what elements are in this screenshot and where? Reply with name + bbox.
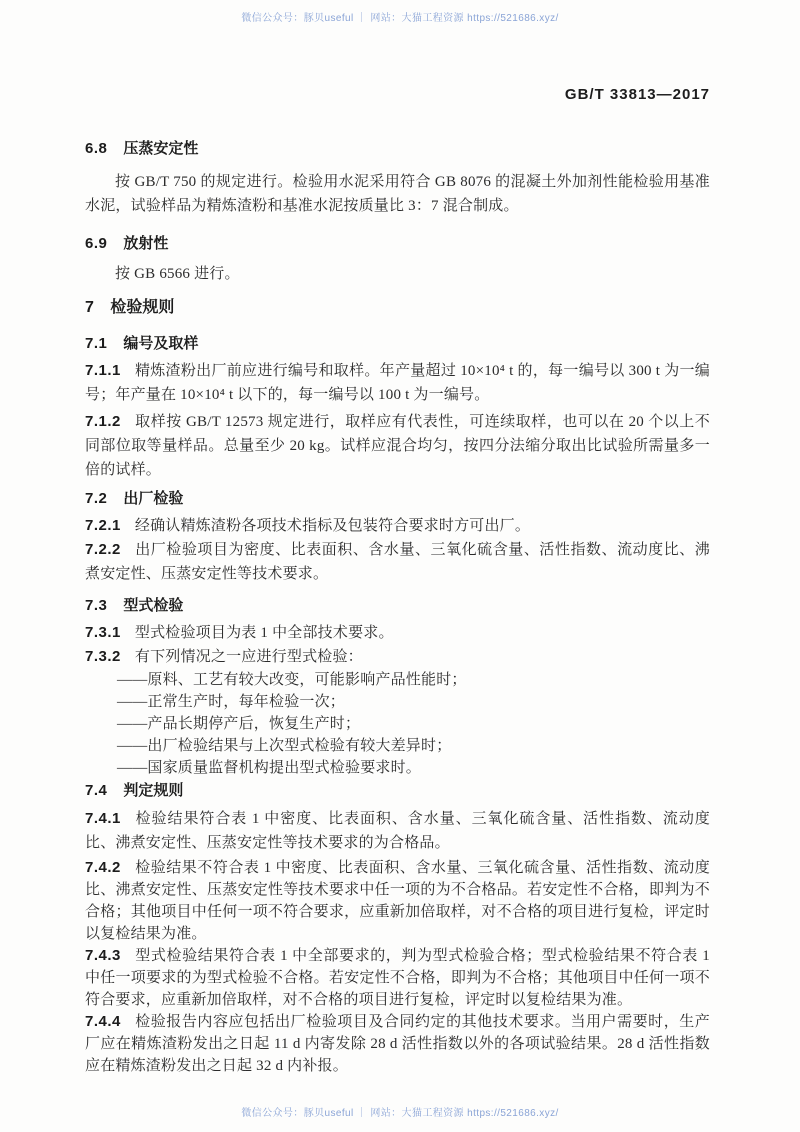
clause-7-3-1-num: 7.3.1: [85, 624, 121, 641]
clause-7-4-4-text: 检验报告内容应包括出厂检验项目及合同约定的其他技术要求。当用户需要时，生产厂应在…: [85, 1014, 710, 1074]
heading-7-3-num: 7.3: [85, 594, 107, 618]
list-item: ——国家质量监督机构提出型式检验要求时。: [117, 757, 710, 779]
list-item: ——出厂检验结果与上次型式检验有较大差异时；: [117, 735, 710, 757]
heading-7-num: 7: [85, 295, 94, 321]
heading-7-3-title: 型式检验: [123, 597, 183, 614]
document-page: 微信公众号：豚贝useful ｜ 网站：大猫工程资源 https://52168…: [0, 0, 800, 1132]
bottom-watermark: 微信公众号：豚贝useful ｜ 网站：大猫工程资源 https://52168…: [0, 1104, 800, 1119]
type-inspection-condition-list: ——原料、工艺有较大改变，可能影响产品性能时； ——正常生产时，每年检验一次； …: [85, 669, 710, 779]
heading-7: 7检验规则: [85, 295, 710, 321]
heading-6-8: 6.8压蒸安定性: [85, 137, 710, 161]
clause-7-1-1-text: 精炼渣粉出厂前应进行编号和取样。年产量超过 10×10⁴ t 的，每一编号以 3…: [85, 363, 710, 403]
clause-7-2-1-text: 经确认精炼渣粉各项技术指标及包装符合要求时方可出厂。: [135, 518, 530, 534]
clause-7-4-1-num: 7.4.1: [85, 810, 121, 827]
clause-7-2-2-text: 出厂检验项目为密度、比表面积、含水量、三氧化硫含量、活性指数、流动度比、沸煮安定…: [85, 542, 710, 582]
heading-7-1-num: 7.1: [85, 332, 107, 356]
list-item: ——产品长期停产后，恢复生产时；: [117, 713, 710, 735]
heading-6-9-num: 6.9: [85, 232, 107, 256]
clause-7-4-3-text: 型式检验结果符合表 1 中全部要求的，判为型式检验合格；型式检验结果不符合表 1…: [85, 948, 710, 1008]
clause-7-3-1-text: 型式检验项目为表 1 中全部技术要求。: [135, 625, 394, 641]
heading-6-9-title: 放射性: [123, 235, 168, 252]
heading-7-2-num: 7.2: [85, 487, 107, 511]
heading-6-8-title: 压蒸安定性: [123, 140, 198, 157]
heading-7-2: 7.2出厂检验: [85, 487, 710, 511]
clause-7-1-1: 7.1.1精炼渣粉出厂前应进行编号和取样。年产量超过 10×10⁴ t 的，每一…: [85, 359, 710, 407]
heading-7-title: 检验规则: [110, 299, 174, 316]
top-watermark: 微信公众号：豚贝useful ｜ 网站：大猫工程资源 https://52168…: [0, 9, 800, 24]
clause-7-3-1: 7.3.1型式检验项目为表 1 中全部技术要求。: [85, 621, 710, 645]
heading-7-4: 7.4判定规则: [85, 779, 710, 803]
clause-7-1-2: 7.1.2取样按 GB/T 12573 规定进行，取样应有代表性，可连续取样，也…: [85, 410, 710, 482]
heading-6-9: 6.9放射性: [85, 232, 710, 256]
clause-7-4-4-num: 7.4.4: [85, 1013, 121, 1030]
clause-7-4-4: 7.4.4检验报告内容应包括出厂检验项目及合同约定的其他技术要求。当用户需要时，…: [85, 1011, 710, 1077]
heading-7-4-title: 判定规则: [123, 782, 183, 799]
heading-7-2-title: 出厂检验: [123, 490, 183, 507]
clause-7-2-2: 7.2.2出厂检验项目为密度、比表面积、含水量、三氧化硫含量、活性指数、流动度比…: [85, 538, 710, 586]
heading-7-1-title: 编号及取样: [123, 335, 198, 352]
standard-number: GB/T 33813—2017: [565, 86, 710, 103]
clause-7-4-3-num: 7.4.3: [85, 947, 121, 964]
clause-7-4-2-num: 7.4.2: [85, 859, 121, 876]
list-item: ——正常生产时，每年检验一次；: [117, 691, 710, 713]
clause-7-4-2: 7.4.2检验结果不符合表 1 中密度、比表面积、含水量、三氧化硫含量、活性指数…: [85, 857, 710, 945]
clause-7-4-1: 7.4.1检验结果符合表 1 中密度、比表面积、含水量、三氧化硫含量、活性指数、…: [85, 807, 710, 855]
clause-7-1-2-num: 7.1.2: [85, 413, 121, 430]
clause-7-4-3: 7.4.3型式检验结果符合表 1 中全部要求的，判为型式检验合格；型式检验结果不…: [85, 945, 710, 1011]
clause-7-3-2-num: 7.3.2: [85, 648, 121, 665]
paragraph-6-9: 按 GB 6566 进行。: [85, 262, 710, 286]
clause-7-1-1-num: 7.1.1: [85, 362, 121, 379]
clause-7-1-2-text: 取样按 GB/T 12573 规定进行，取样应有代表性，可连续取样，也可以在 2…: [85, 414, 710, 478]
clause-7-3-2-text: 有下列情况之一应进行型式检验：: [135, 649, 363, 665]
clause-7-2-2-num: 7.2.2: [85, 541, 121, 558]
heading-7-3: 7.3型式检验: [85, 594, 710, 618]
clause-7-4-2-text: 检验结果不符合表 1 中密度、比表面积、含水量、三氧化硫含量、活性指数、流动度比…: [85, 860, 710, 942]
list-item: ——原料、工艺有较大改变，可能影响产品性能时；: [117, 669, 710, 691]
clause-7-4-1-text: 检验结果符合表 1 中密度、比表面积、含水量、三氧化硫含量、活性指数、流动度比、…: [85, 811, 710, 851]
heading-7-4-num: 7.4: [85, 779, 107, 803]
paragraph-6-8: 按 GB/T 750 的规定进行。检验用水泥采用符合 GB 8076 的混凝土外…: [85, 170, 710, 218]
clause-7-3-2: 7.3.2有下列情况之一应进行型式检验：: [85, 645, 710, 669]
page-content: 6.8压蒸安定性 按 GB/T 750 的规定进行。检验用水泥采用符合 GB 8…: [85, 130, 710, 1077]
clause-7-2-1: 7.2.1经确认精炼渣粉各项技术指标及包装符合要求时方可出厂。: [85, 514, 710, 538]
heading-7-1: 7.1编号及取样: [85, 332, 710, 356]
clause-7-2-1-num: 7.2.1: [85, 517, 121, 534]
heading-6-8-num: 6.8: [85, 137, 107, 161]
